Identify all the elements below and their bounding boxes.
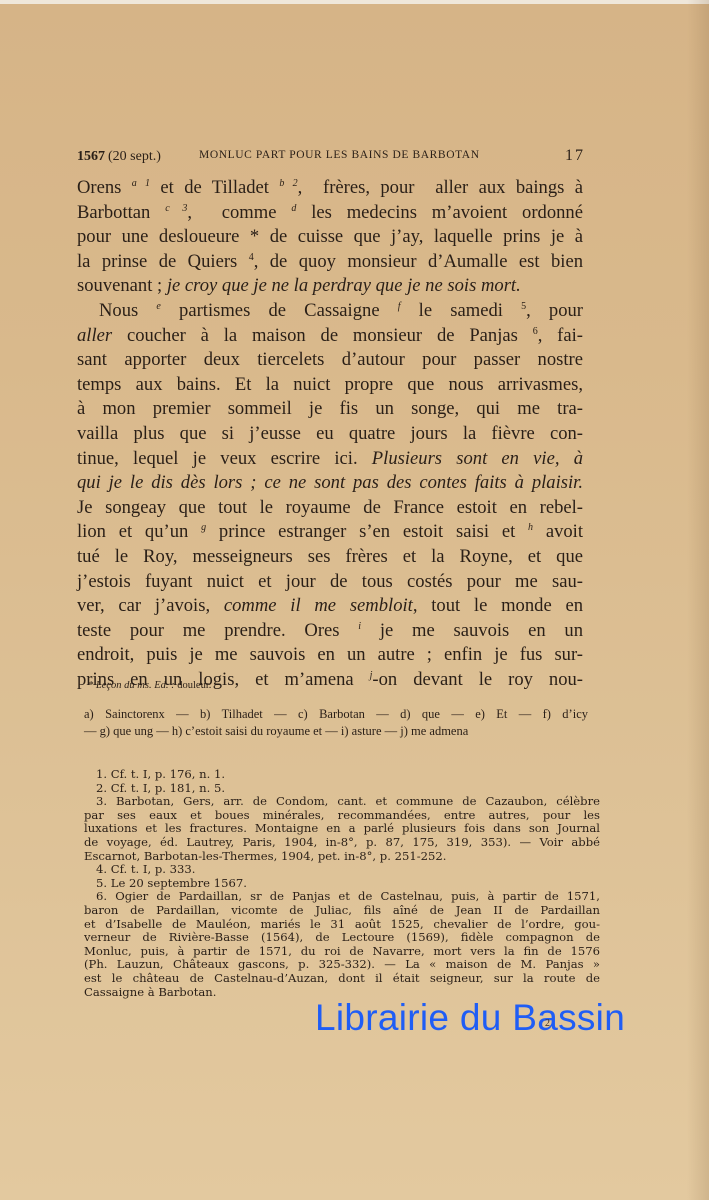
text-line: tinue, lequel je veux escrire ici. Plusi… xyxy=(77,447,583,472)
page-right-edge-shadow xyxy=(687,0,709,1200)
text-line: sant apporter deux tiercelets d’autour p… xyxy=(77,348,583,373)
footnote-line: 4. Cf. t. I, p. 333. xyxy=(84,863,600,877)
text-run: -on devant le roy nou- xyxy=(372,669,583,690)
running-title: MONLUC PART POUR LES BAINS DE BARBOTAN xyxy=(199,149,480,161)
italic-run: Plusieurs sont en vie, à xyxy=(372,448,583,469)
text-run: teste pour me prendre. Ores xyxy=(77,620,358,641)
header-year: 1567 xyxy=(77,149,105,164)
text-line: j’estois fuyant nuict et jour de tous co… xyxy=(77,570,583,595)
footnote-line: 2. Cf. t. I, p. 181, n. 5. xyxy=(84,782,600,796)
text-run: partismes de Cassaigne xyxy=(161,300,398,321)
text-line: Orens a 1 et de Tilladet b 2, frères, po… xyxy=(77,176,583,201)
text-run: la prinse de Quiers xyxy=(77,251,249,272)
footnote-line: par ses eaux et boues minérales, recomma… xyxy=(84,809,600,823)
variant-line: a) Sainctorenx — b) Tilhadet — c) Barbot… xyxy=(84,706,588,723)
text-run: endroit, puis je me sauvois en un autre … xyxy=(77,644,583,665)
italic-run: je croy que je ne la perdray que je ne s… xyxy=(167,275,521,296)
text-run: , tout le monde en xyxy=(413,595,583,616)
footnote-line: de voyage, éd. Lautrey, Paris, 1904, in-… xyxy=(84,836,600,850)
text-run: Barbottan xyxy=(77,202,165,223)
footnote-line: verneur de Rivière-Basse (1564), de Lect… xyxy=(84,931,600,945)
text-line: endroit, puis je me sauvois en un autre … xyxy=(77,643,583,668)
text-run: le samedi xyxy=(401,300,522,321)
text-line: à mon premier sommeil je fis un songe, q… xyxy=(77,397,583,422)
footnotes: 1. Cf. t. I, p. 176, n. 1.2. Cf. t. I, p… xyxy=(84,768,600,999)
footnote-line: luxations et les fractures. Montaigne en… xyxy=(84,822,600,836)
text-run: lion et qu’un xyxy=(77,521,201,542)
text-line: tué le Roy, messeigneurs ses frères et l… xyxy=(77,545,583,570)
footnote-line: 1. Cf. t. I, p. 176, n. 1. xyxy=(84,768,600,782)
text-run: , fai- xyxy=(538,325,583,346)
text-line: Je songeay que tout le royaume de France… xyxy=(77,496,583,521)
italic-run: comme il me sembloit xyxy=(224,595,413,616)
text-run: j’estois fuyant nuict et jour de tous co… xyxy=(77,571,583,592)
running-header: 1567(20 sept.) MONLUC PART POUR LES BAIN… xyxy=(77,148,585,168)
text-run: vailla plus que si j’eusse eu quatre jou… xyxy=(77,423,583,444)
text-run: je me sauvois en un xyxy=(361,620,583,641)
editorial-note-label: * Leçon du ms. Ed. : xyxy=(88,680,175,691)
text-run: et de Tilladet xyxy=(150,177,279,198)
editorial-note: * Leçon du ms. Ed. : douleur. xyxy=(88,680,211,691)
text-run: ver, car j’avois, xyxy=(77,595,224,616)
text-run: à mon premier sommeil je fis un songe, q… xyxy=(77,398,583,419)
page-top-edge xyxy=(0,0,709,4)
text-run: Je songeay que tout le royaume de France… xyxy=(77,497,583,518)
text-line: pour une desloueure * de cuisse que j’ay… xyxy=(77,225,583,250)
footnote-line: est le château de Castelnau-d’Auzan, don… xyxy=(84,972,600,986)
variant-readings: a) Sainctorenx — b) Tilhadet — c) Barbot… xyxy=(84,706,588,740)
italic-run: qui je le dis dès lors ; ce ne sont pas … xyxy=(77,472,583,493)
text-line: souvenant ; je croy que je ne la perdray… xyxy=(77,274,583,299)
main-text: Orens a 1 et de Tilladet b 2, frères, po… xyxy=(77,176,583,692)
variant-line: — g) que ung — h) c’estoit saisi du roya… xyxy=(84,723,588,740)
text-run: souvenant ; xyxy=(77,275,167,296)
footnote-line: et d’Isabelle de Mauléon, mariés le 31 a… xyxy=(84,918,600,932)
text-run: avoit xyxy=(533,521,583,542)
italic-run: aller xyxy=(77,325,112,346)
text-run: sant apporter deux tiercelets d’autour p… xyxy=(77,349,583,370)
text-line: lion et qu’un g prince estranger s’en es… xyxy=(77,520,583,545)
text-run: prince estranger s’en estoit saisi et xyxy=(206,521,528,542)
text-run: , pour xyxy=(526,300,583,321)
text-line: aller coucher à la maison de monsieur de… xyxy=(77,324,583,349)
text-line: la prinse de Quiers 4, de quoy monsieur … xyxy=(77,250,583,275)
text-line: ver, car j’avois, comme il me sembloit, … xyxy=(77,594,583,619)
text-line: temps aux bains. Et la nuict propre que … xyxy=(77,373,583,398)
footnote-line: baron de Pardaillan, vicomte de Juliac, … xyxy=(84,904,600,918)
text-run: Orens xyxy=(77,177,132,198)
text-line: Nous e partismes de Cassaigne f le samed… xyxy=(77,299,583,324)
text-run: pour une desloueure * de cuisse que j’ay… xyxy=(77,226,583,247)
footnote-line: 5. Le 20 septembre 1567. xyxy=(84,877,600,891)
footnote-line: 3. Barbotan, Gers, arr. de Condom, cant.… xyxy=(84,795,600,809)
note-reference: c 3 xyxy=(165,203,187,214)
text-run: , frères, pour aller aux baings à xyxy=(298,177,583,198)
text-line: vailla plus que si j’eusse eu quatre jou… xyxy=(77,422,583,447)
signature-mark: 2 xyxy=(545,1018,550,1029)
text-run: coucher à la maison de monsieur de Panja… xyxy=(112,325,533,346)
watermark: Librairie du Bassin xyxy=(315,997,625,1039)
text-run: , comme xyxy=(187,202,291,223)
text-run: tinue, lequel je veux escrire ici. xyxy=(77,448,372,469)
text-run: les medecins m’avoient ordonné xyxy=(296,202,583,223)
footnote-line: Monluc, puis, à partir de 1571, du roi d… xyxy=(84,945,600,959)
text-run: tué le Roy, messeigneurs ses frères et l… xyxy=(77,546,583,567)
page-number: 17 xyxy=(565,147,585,165)
footnote-line: (Ph. Lauzun, Châteaux gascons, p. 325-33… xyxy=(84,958,600,972)
text-line: teste pour me prendre. Ores i je me sauv… xyxy=(77,619,583,644)
footnote-line: Escarnot, Barbotan-les-Thermes, 1904, pe… xyxy=(84,850,600,864)
footnote-line: 6. Ogier de Pardaillan, sr de Panjas et … xyxy=(84,890,600,904)
note-reference: b 2 xyxy=(279,178,297,189)
text-line: qui je le dis dès lors ; ce ne sont pas … xyxy=(77,471,583,496)
header-date: (20 sept.) xyxy=(108,149,161,164)
text-run: , de quoy monsieur d’Aumalle est bien xyxy=(254,251,583,272)
text-run: Nous xyxy=(99,300,156,321)
editorial-note-text: douleur. xyxy=(175,680,212,691)
text-run: temps aux bains. Et la nuict propre que … xyxy=(77,374,583,395)
text-line: Barbottan c 3, comme d les medecins m’av… xyxy=(77,201,583,226)
note-reference: a 1 xyxy=(132,178,150,189)
